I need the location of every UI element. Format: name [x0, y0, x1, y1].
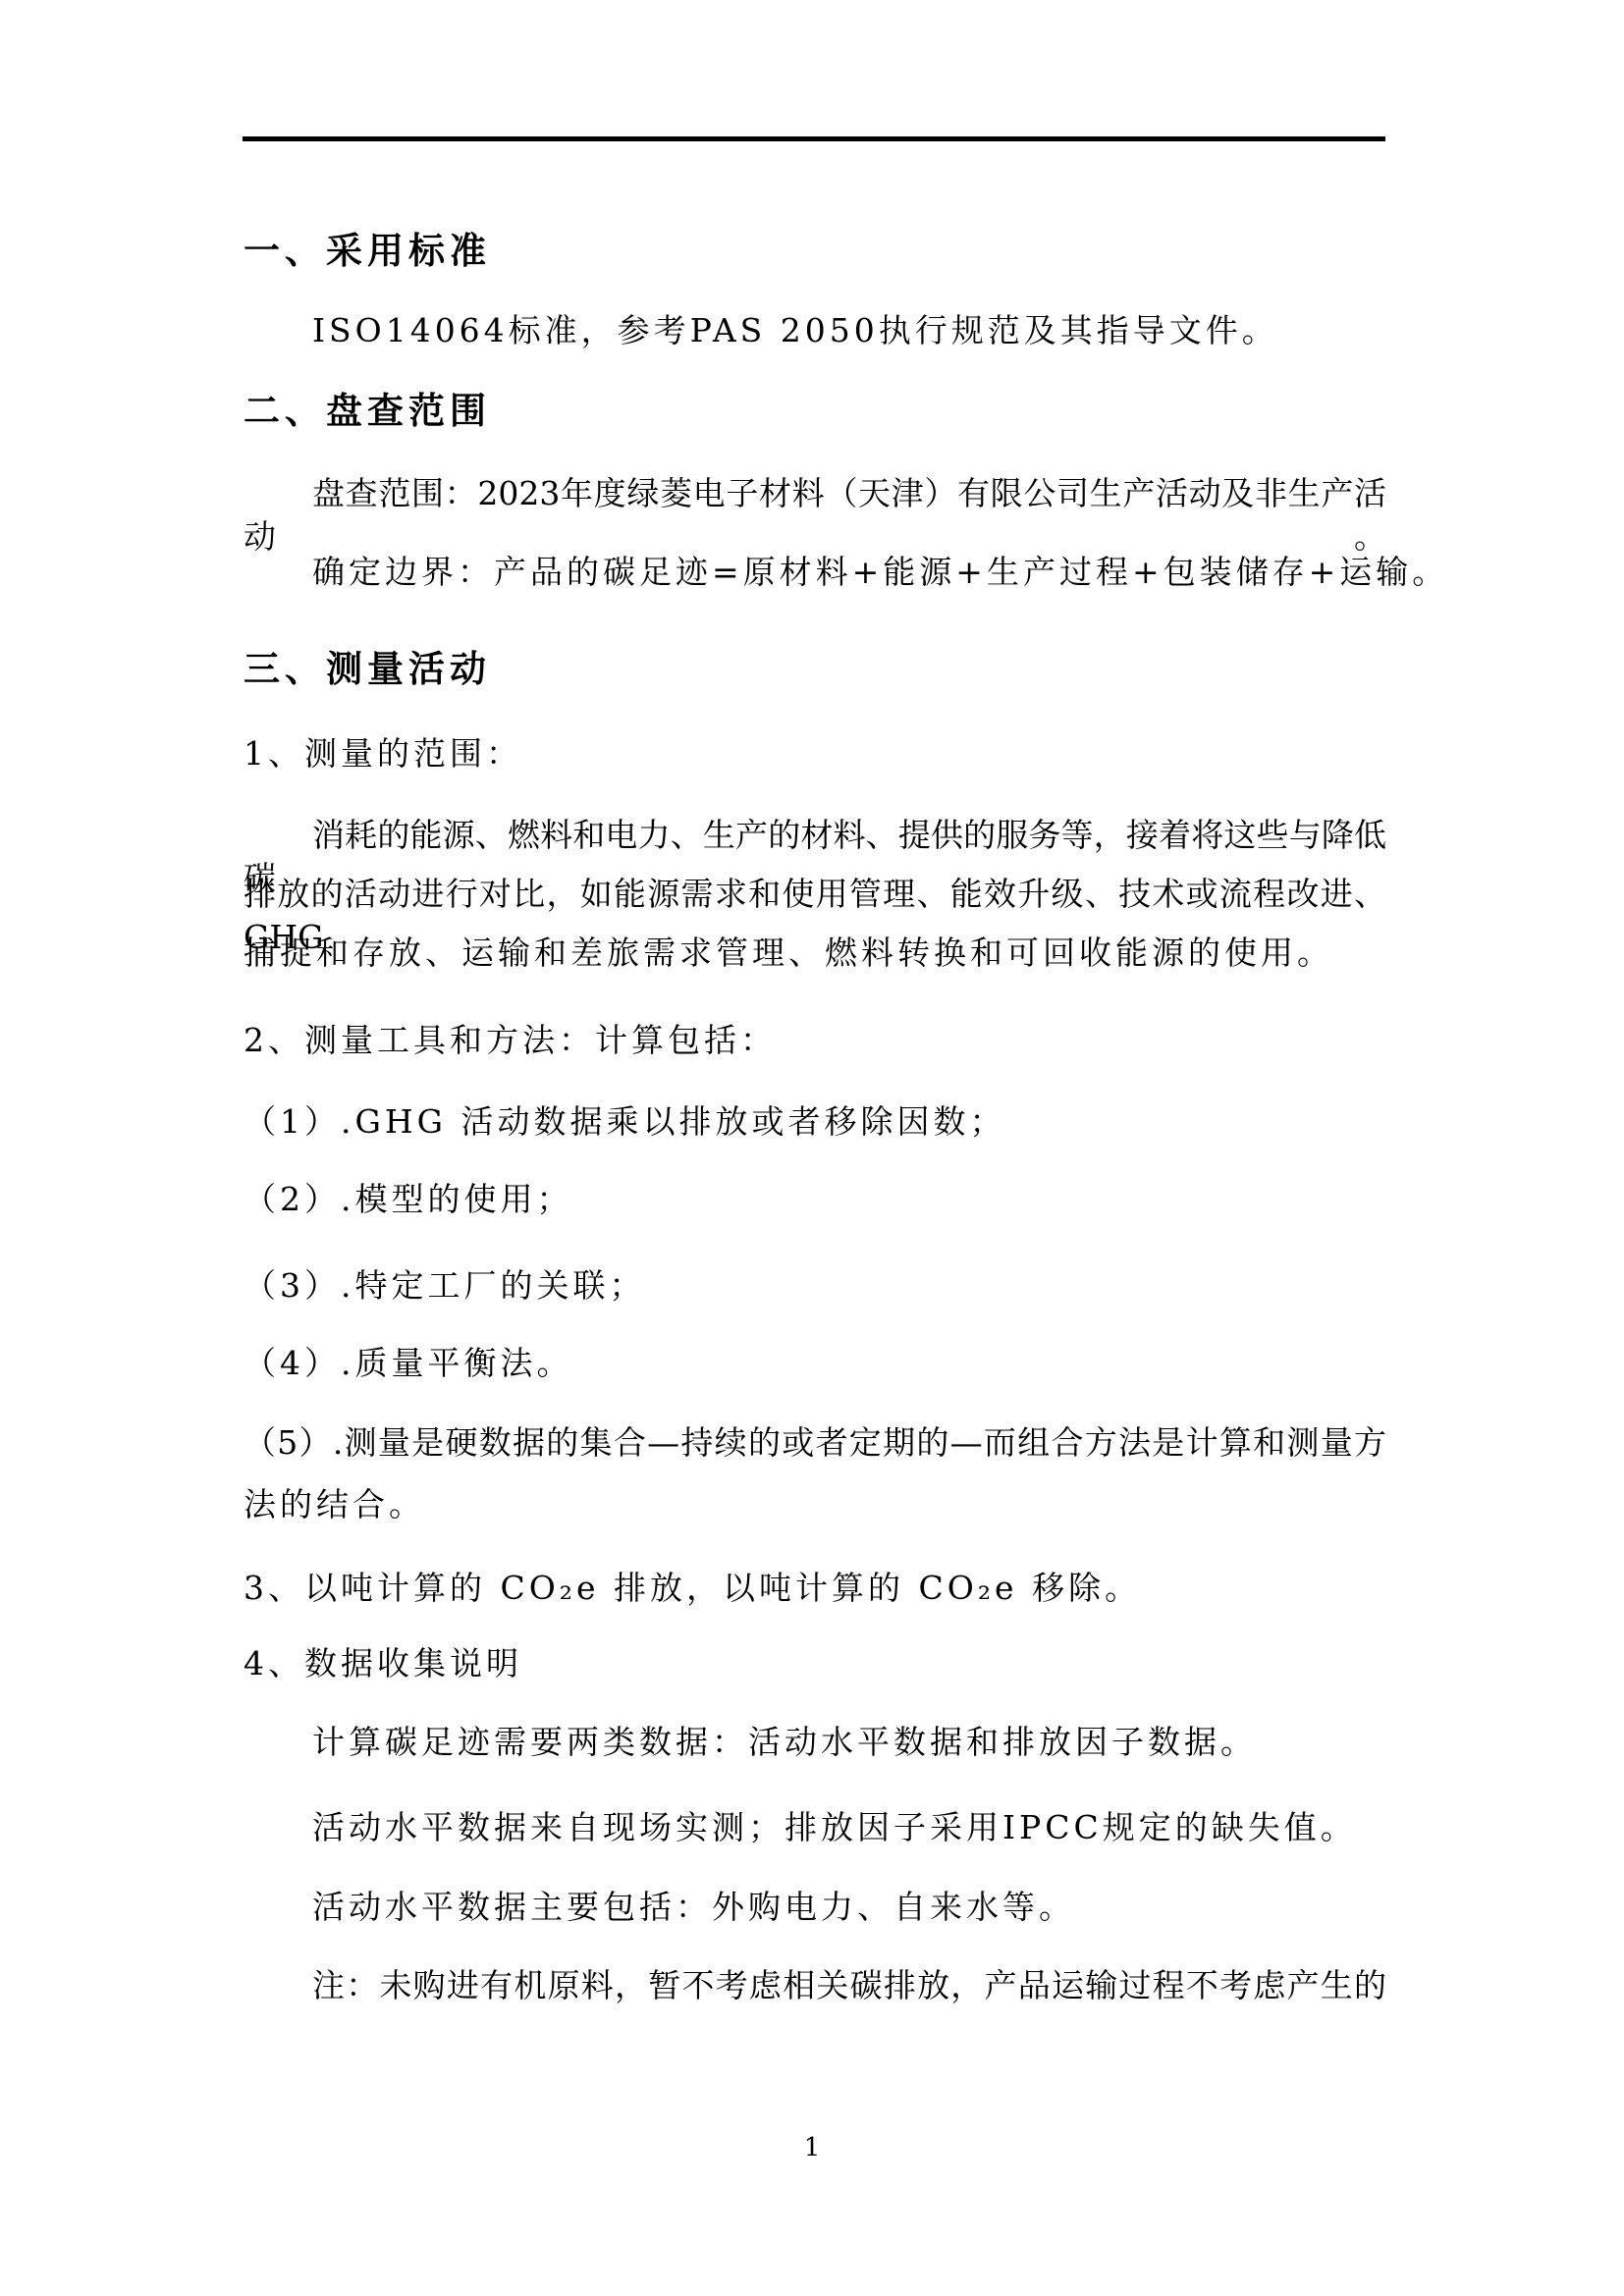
document-page: 一、采用标准 ISO14064标准，参考PAS 2050执行规范及其指导文件。 … — [0, 0, 1624, 2296]
sublist-item-2: （2）.模型的使用； — [244, 1178, 1386, 1221]
sublist-item-5-line-1: （5）.测量是硬数据的集合—持续的或者定期的—而组合方法是计算和测量方 — [244, 1421, 1386, 1465]
list-item-3: 3、以吨计算的 CO₂e 排放，以吨计算的 CO₂e 移除。 — [244, 1567, 1386, 1610]
page-number: 1 — [0, 2132, 1624, 2163]
sublist-item-1: （1）.GHG 活动数据乘以排放或者移除因数； — [244, 1100, 1386, 1144]
paragraph-data-1: 计算碳足迹需要两类数据：活动水平数据和排放因子数据。 — [244, 1721, 1386, 1764]
paragraph-scope: 盘查范围：2023年度绿菱电子材料（天津）有限公司生产活动及非生产活动。 — [244, 472, 1386, 559]
paragraph-standard: ISO14064标准，参考PAS 2050执行规范及其指导文件。 — [244, 309, 1386, 352]
paragraph-measure-line-3: 捕捉和存放、运输和差旅需求管理、燃料转换和可回收能源的使用。 — [244, 932, 1386, 975]
list-item-1: 1、测量的范围： — [244, 732, 1386, 775]
sublist-item-3: （3）.特定工厂的关联； — [244, 1264, 1386, 1308]
section-heading-2: 二、盘查范围 — [244, 389, 1386, 432]
paragraph-data-3: 活动水平数据主要包括：外购电力、自来水等。 — [244, 1886, 1386, 1929]
paragraph-boundary: 确定边界：产品的碳足迹=原材料+能源+生产过程+包装储存+运输。 — [244, 551, 1386, 594]
list-item-4: 4、数据收集说明 — [244, 1642, 1386, 1685]
paragraph-note: 注：未购进有机原料，暂不考虑相关碳排放，产品运输过程不考虑产生的 — [244, 1964, 1386, 2007]
sublist-item-4: （4）.质量平衡法。 — [244, 1342, 1386, 1385]
paragraph-data-2: 活动水平数据来自现场实测；排放因子采用IPCC规定的缺失值。 — [244, 1806, 1386, 1849]
section-heading-3: 三、测量活动 — [244, 647, 1386, 690]
header-divider-rule — [243, 136, 1385, 141]
list-item-2: 2、测量工具和方法：计算包括： — [244, 1019, 1386, 1062]
sublist-item-5-line-2: 法的结合。 — [244, 1483, 1386, 1526]
section-heading-1: 一、采用标准 — [244, 229, 1386, 272]
